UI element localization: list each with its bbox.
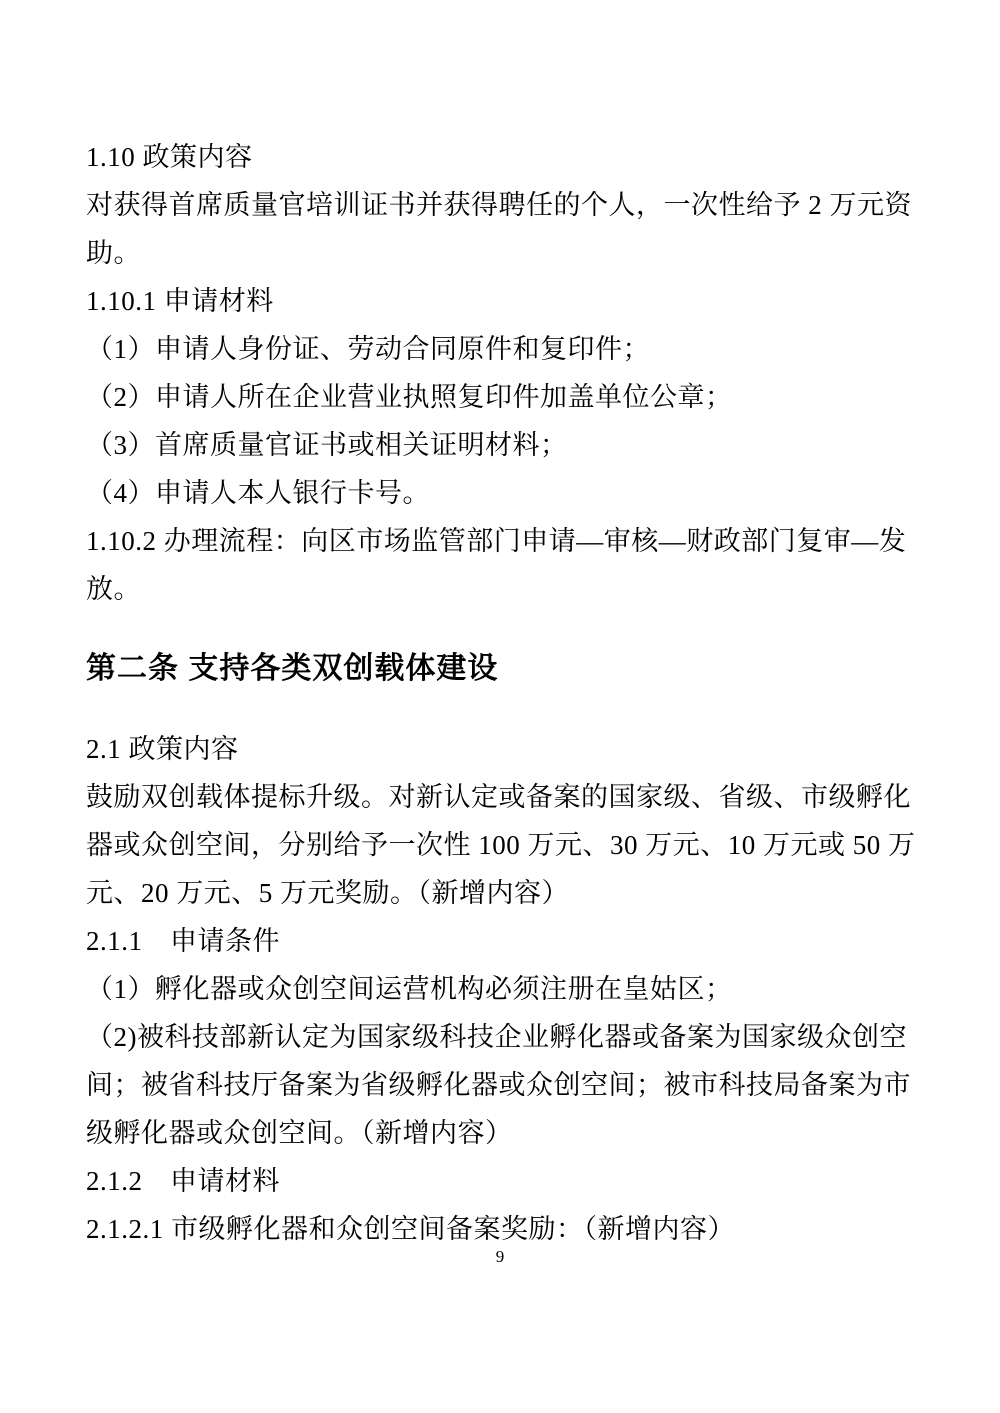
body-line: 1.10.1 申请材料 xyxy=(86,277,888,325)
body-line: （2）申请人所在企业营业执照复印件加盖单位公章； xyxy=(86,373,888,421)
body-line: 级孵化器或众创空间。（新增内容） xyxy=(86,1109,888,1157)
body-line: 对获得首席质量官培训证书并获得聘任的个人，一次性给予 2 万元资 xyxy=(86,181,888,229)
body-line: 放。 xyxy=(86,565,888,613)
body-line: 器或众创空间，分别给予一次性 100 万元、30 万元、10 万元或 50 万 xyxy=(86,821,888,869)
body-line: （3）首席质量官证书或相关证明材料； xyxy=(86,421,888,469)
subsection-heading: 2.1 政策内容 xyxy=(86,725,888,773)
body-line: 2.1.1 申请条件 xyxy=(86,917,888,965)
body-line: （1）申请人身份证、劳动合同原件和复印件； xyxy=(86,325,888,373)
body-line: 元、20 万元、5 万元奖励。（新增内容） xyxy=(86,869,888,917)
body-line: 1.10.2 办理流程：向区市场监管部门申请—审核—财政部门复审—发 xyxy=(86,517,888,565)
body-line: 间；被省科技厅备案为省级孵化器或众创空间；被市科技局备案为市 xyxy=(86,1061,888,1109)
subsection-heading: 1.10 政策内容 xyxy=(86,133,888,181)
page-number: 9 xyxy=(0,1242,1000,1272)
document-page: 1.10 政策内容对获得首席质量官培训证书并获得聘任的个人，一次性给予 2 万元… xyxy=(0,0,1000,1413)
body-line: 2.1.2 申请材料 xyxy=(86,1157,888,1205)
document-content: 1.10 政策内容对获得首席质量官培训证书并获得聘任的个人，一次性给予 2 万元… xyxy=(86,133,888,1253)
body-line: 助。 xyxy=(86,229,888,277)
section-heading: 第二条 支持各类双创载体建设 xyxy=(86,645,888,693)
body-line: （2)被科技部新认定为国家级科技企业孵化器或备案为国家级众创空 xyxy=(86,1013,888,1061)
body-line: 鼓励双创载体提标升级。对新认定或备案的国家级、省级、市级孵化 xyxy=(86,773,888,821)
body-line: （1）孵化器或众创空间运营机构必须注册在皇姑区； xyxy=(86,965,888,1013)
body-line: （4）申请人本人银行卡号。 xyxy=(86,469,888,517)
